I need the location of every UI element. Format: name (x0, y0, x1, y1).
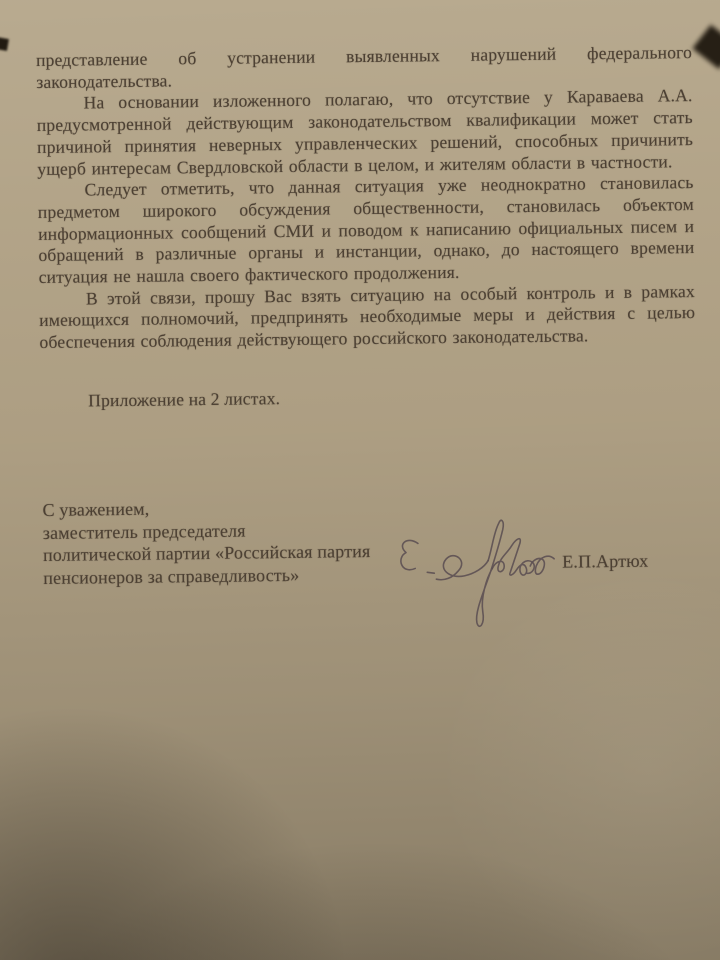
handwritten-signature (394, 516, 560, 638)
attachment-note: Приложение на 2 листах. (88, 388, 280, 412)
signer-name: Е.П.Артюх (562, 551, 648, 573)
closing-block: С уважением, заместитель председателя по… (42, 494, 443, 589)
closing-line: пенсионеров за справедливость» (43, 562, 443, 589)
letter-page: представление об устранении выявленных н… (0, 0, 720, 960)
document-photo: представление об устранении выявленных н… (0, 0, 720, 960)
letter-body: представление об устранении выявленных н… (36, 42, 696, 354)
